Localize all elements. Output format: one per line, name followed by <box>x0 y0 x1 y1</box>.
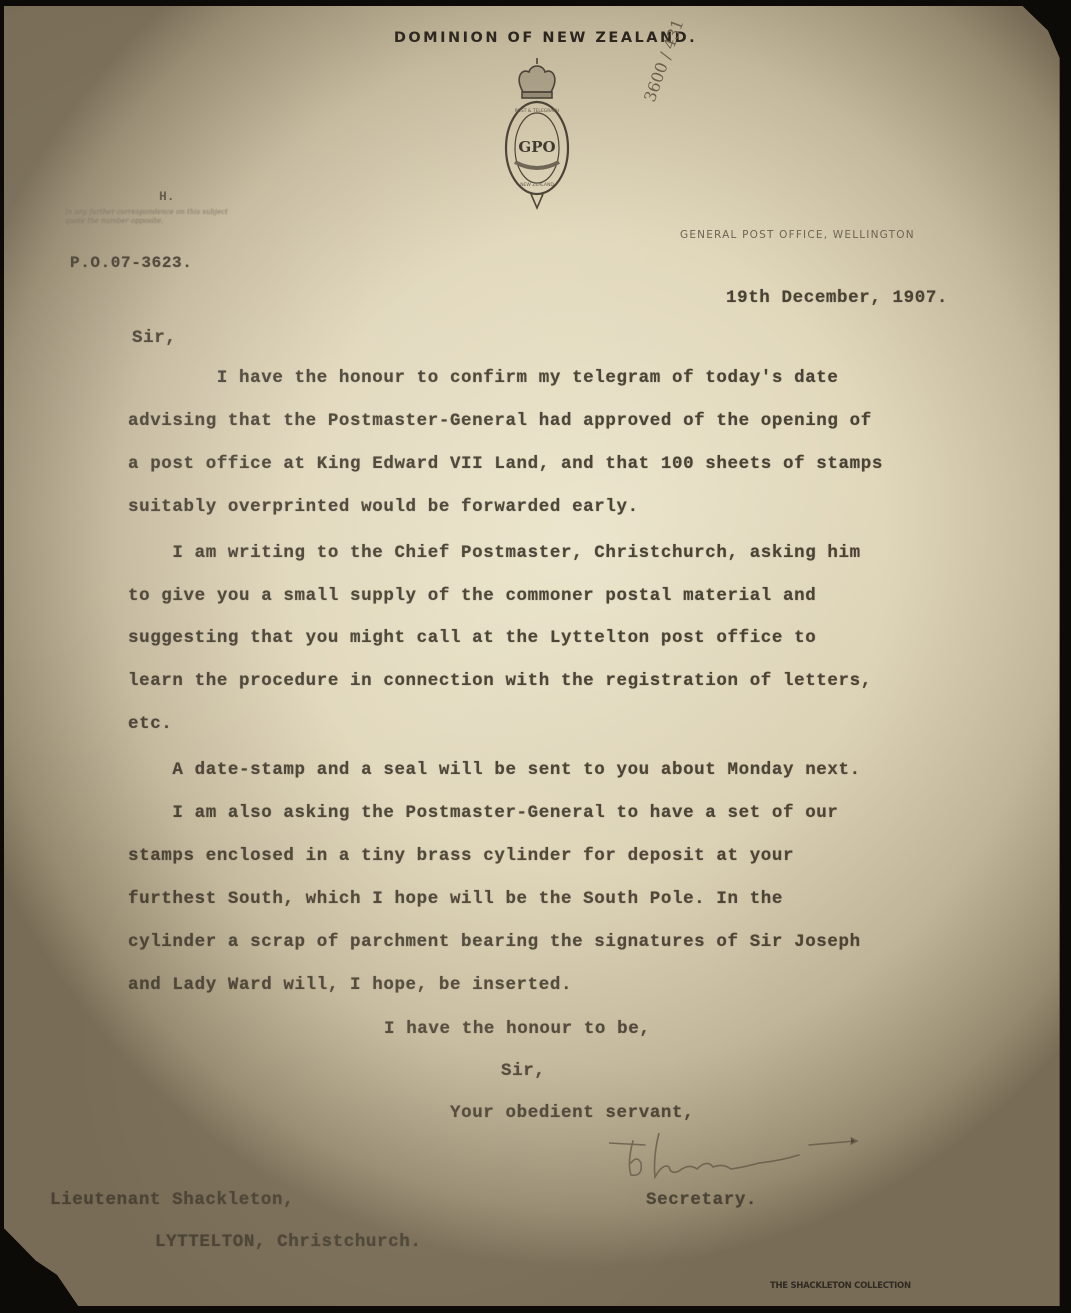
body-line: and Lady Ward will, I hope, be inserted. <box>128 975 572 995</box>
letterhead-title: DOMINION OF NEW ZEALAND. <box>4 30 1067 46</box>
svg-text:GPO: GPO <box>518 138 555 156</box>
closing-servant: Your obedient servant, <box>450 1103 694 1123</box>
body-line: to give you a small supply of the common… <box>128 586 816 606</box>
body-line: suggesting that you might call at the Ly… <box>128 628 816 648</box>
salutation: Sir, <box>132 328 176 348</box>
letter-date: 19th December, 1907. <box>726 288 948 308</box>
body-line: I am writing to the Chief Postmaster, Ch… <box>128 543 861 563</box>
body-line: I am also asking the Postmaster-General … <box>128 803 839 823</box>
body-line: I have the honour to confirm my telegram… <box>128 368 839 388</box>
body-line: advising that the Postmaster-General had… <box>128 411 872 431</box>
closing-line: I have the honour to be, <box>384 1019 650 1039</box>
closing-sir: Sir, <box>501 1061 545 1081</box>
body-line: furthest South, which I hope will be the… <box>128 889 783 909</box>
body-line: learn the procedure in connection with t… <box>128 671 872 691</box>
body-line: A date-stamp and a seal will be sent to … <box>128 760 861 780</box>
addressee-address: LYTTELTON, Christchurch. <box>155 1232 421 1252</box>
body-line: a post office at King Edward VII Land, a… <box>128 454 883 474</box>
addressee-name: Lieutenant Shackleton, <box>50 1190 294 1210</box>
collection-credit: THE SHACKLETON COLLECTION <box>770 1281 911 1291</box>
reference-number: P.O.07-3623. <box>70 254 192 272</box>
gpo-crest-icon: GPO POST & TELEGRAPH NEW ZEALAND <box>501 56 573 221</box>
body-line: cylinder a scrap of parchment bearing th… <box>128 932 861 952</box>
svg-text:NEW ZEALAND: NEW ZEALAND <box>520 182 554 188</box>
reference-initial: H. <box>159 189 175 204</box>
reference-note: In any further correspondence on this su… <box>65 208 245 226</box>
letter-paper: DOMINION OF NEW ZEALAND. GPO POST & TELE… <box>4 6 1067 1306</box>
handwritten-signature-icon <box>609 1133 869 1193</box>
body-line: suitably overprinted would be forwarded … <box>128 497 639 517</box>
body-line: etc. <box>128 714 172 734</box>
body-line: stamps enclosed in a tiny brass cylinder… <box>128 846 794 866</box>
svg-text:POST & TELEGRAPH: POST & TELEGRAPH <box>515 108 560 114</box>
signatory-title: Secretary. <box>646 1190 757 1210</box>
office-address: GENERAL POST OFFICE, WELLINGTON <box>680 229 915 241</box>
